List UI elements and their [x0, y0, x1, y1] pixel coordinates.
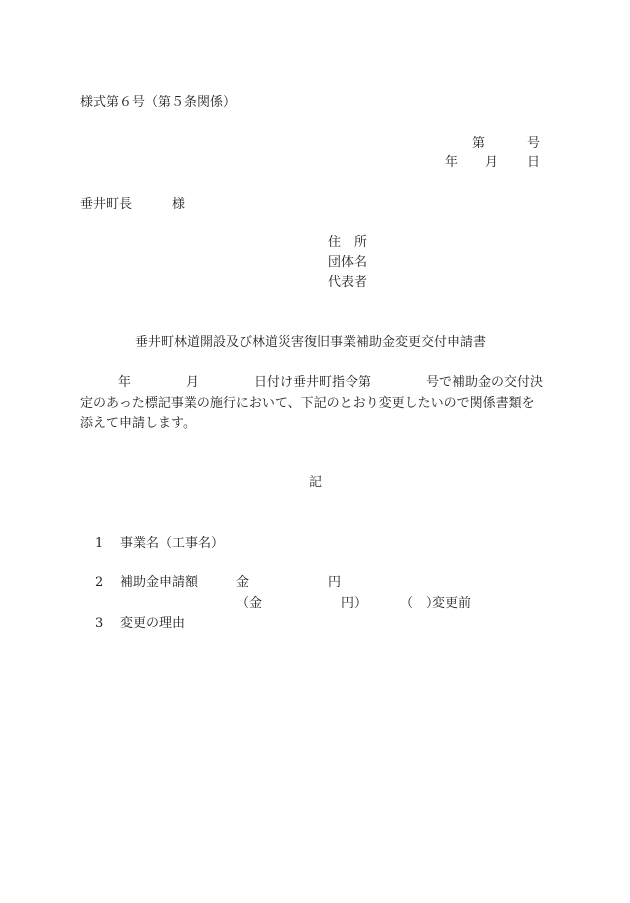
body-line2: 定のあった標記事業の施行において、下記のとおり変更したいので関係書類を: [80, 397, 535, 410]
item-2-previous-prefix: （金: [236, 597, 262, 610]
ki-heading: 記: [309, 476, 322, 489]
applicant-representative-label: 代表者: [328, 276, 367, 289]
item-2-amount-suffix: 円: [328, 576, 341, 589]
item-2-previous-note: 変更前: [432, 597, 471, 610]
item-2-label: 補助金申請額: [120, 576, 198, 589]
item-3-number: 3: [95, 617, 103, 630]
document-page: 様式第６号（第５条関係） 第 号 年 月 日 垂井町長 様 住 所 団体名 代表…: [0, 0, 630, 903]
applicant-address-label: 住 所: [328, 236, 367, 249]
addressee-name: 垂井町長: [80, 198, 132, 211]
doc-number-prefix: 第: [472, 137, 485, 150]
body-line1-mid: 日付け垂井町指令第: [254, 376, 371, 389]
item-3-label: 変更の理由: [120, 617, 185, 630]
document-title: 垂井町林道開設及び林道災害復旧事業補助金変更交付申請書: [135, 336, 486, 349]
date-day-label: 日: [527, 156, 540, 169]
form-label: 様式第６号（第５条関係）: [80, 96, 236, 109]
item-2-number: 2: [95, 576, 103, 589]
body-month: 月: [186, 376, 199, 389]
date-year-label: 年: [445, 156, 458, 169]
addressee-honorific: 様: [172, 198, 185, 211]
body-year: 年: [118, 376, 131, 389]
item-2-amount-prefix: 金: [236, 576, 249, 589]
item-1-label: 事業名（工事名）: [120, 537, 224, 550]
body-line3: 添えて申請します。: [80, 417, 196, 430]
body-line1-tail: 号で補助金の交付決: [426, 376, 543, 389]
item-1-number: 1: [95, 537, 103, 550]
applicant-group-label: 団体名: [328, 256, 367, 269]
date-month-label: 月: [485, 156, 498, 169]
item-2-previous-suffix: 円）: [341, 597, 367, 610]
doc-number-suffix: 号: [527, 137, 540, 150]
